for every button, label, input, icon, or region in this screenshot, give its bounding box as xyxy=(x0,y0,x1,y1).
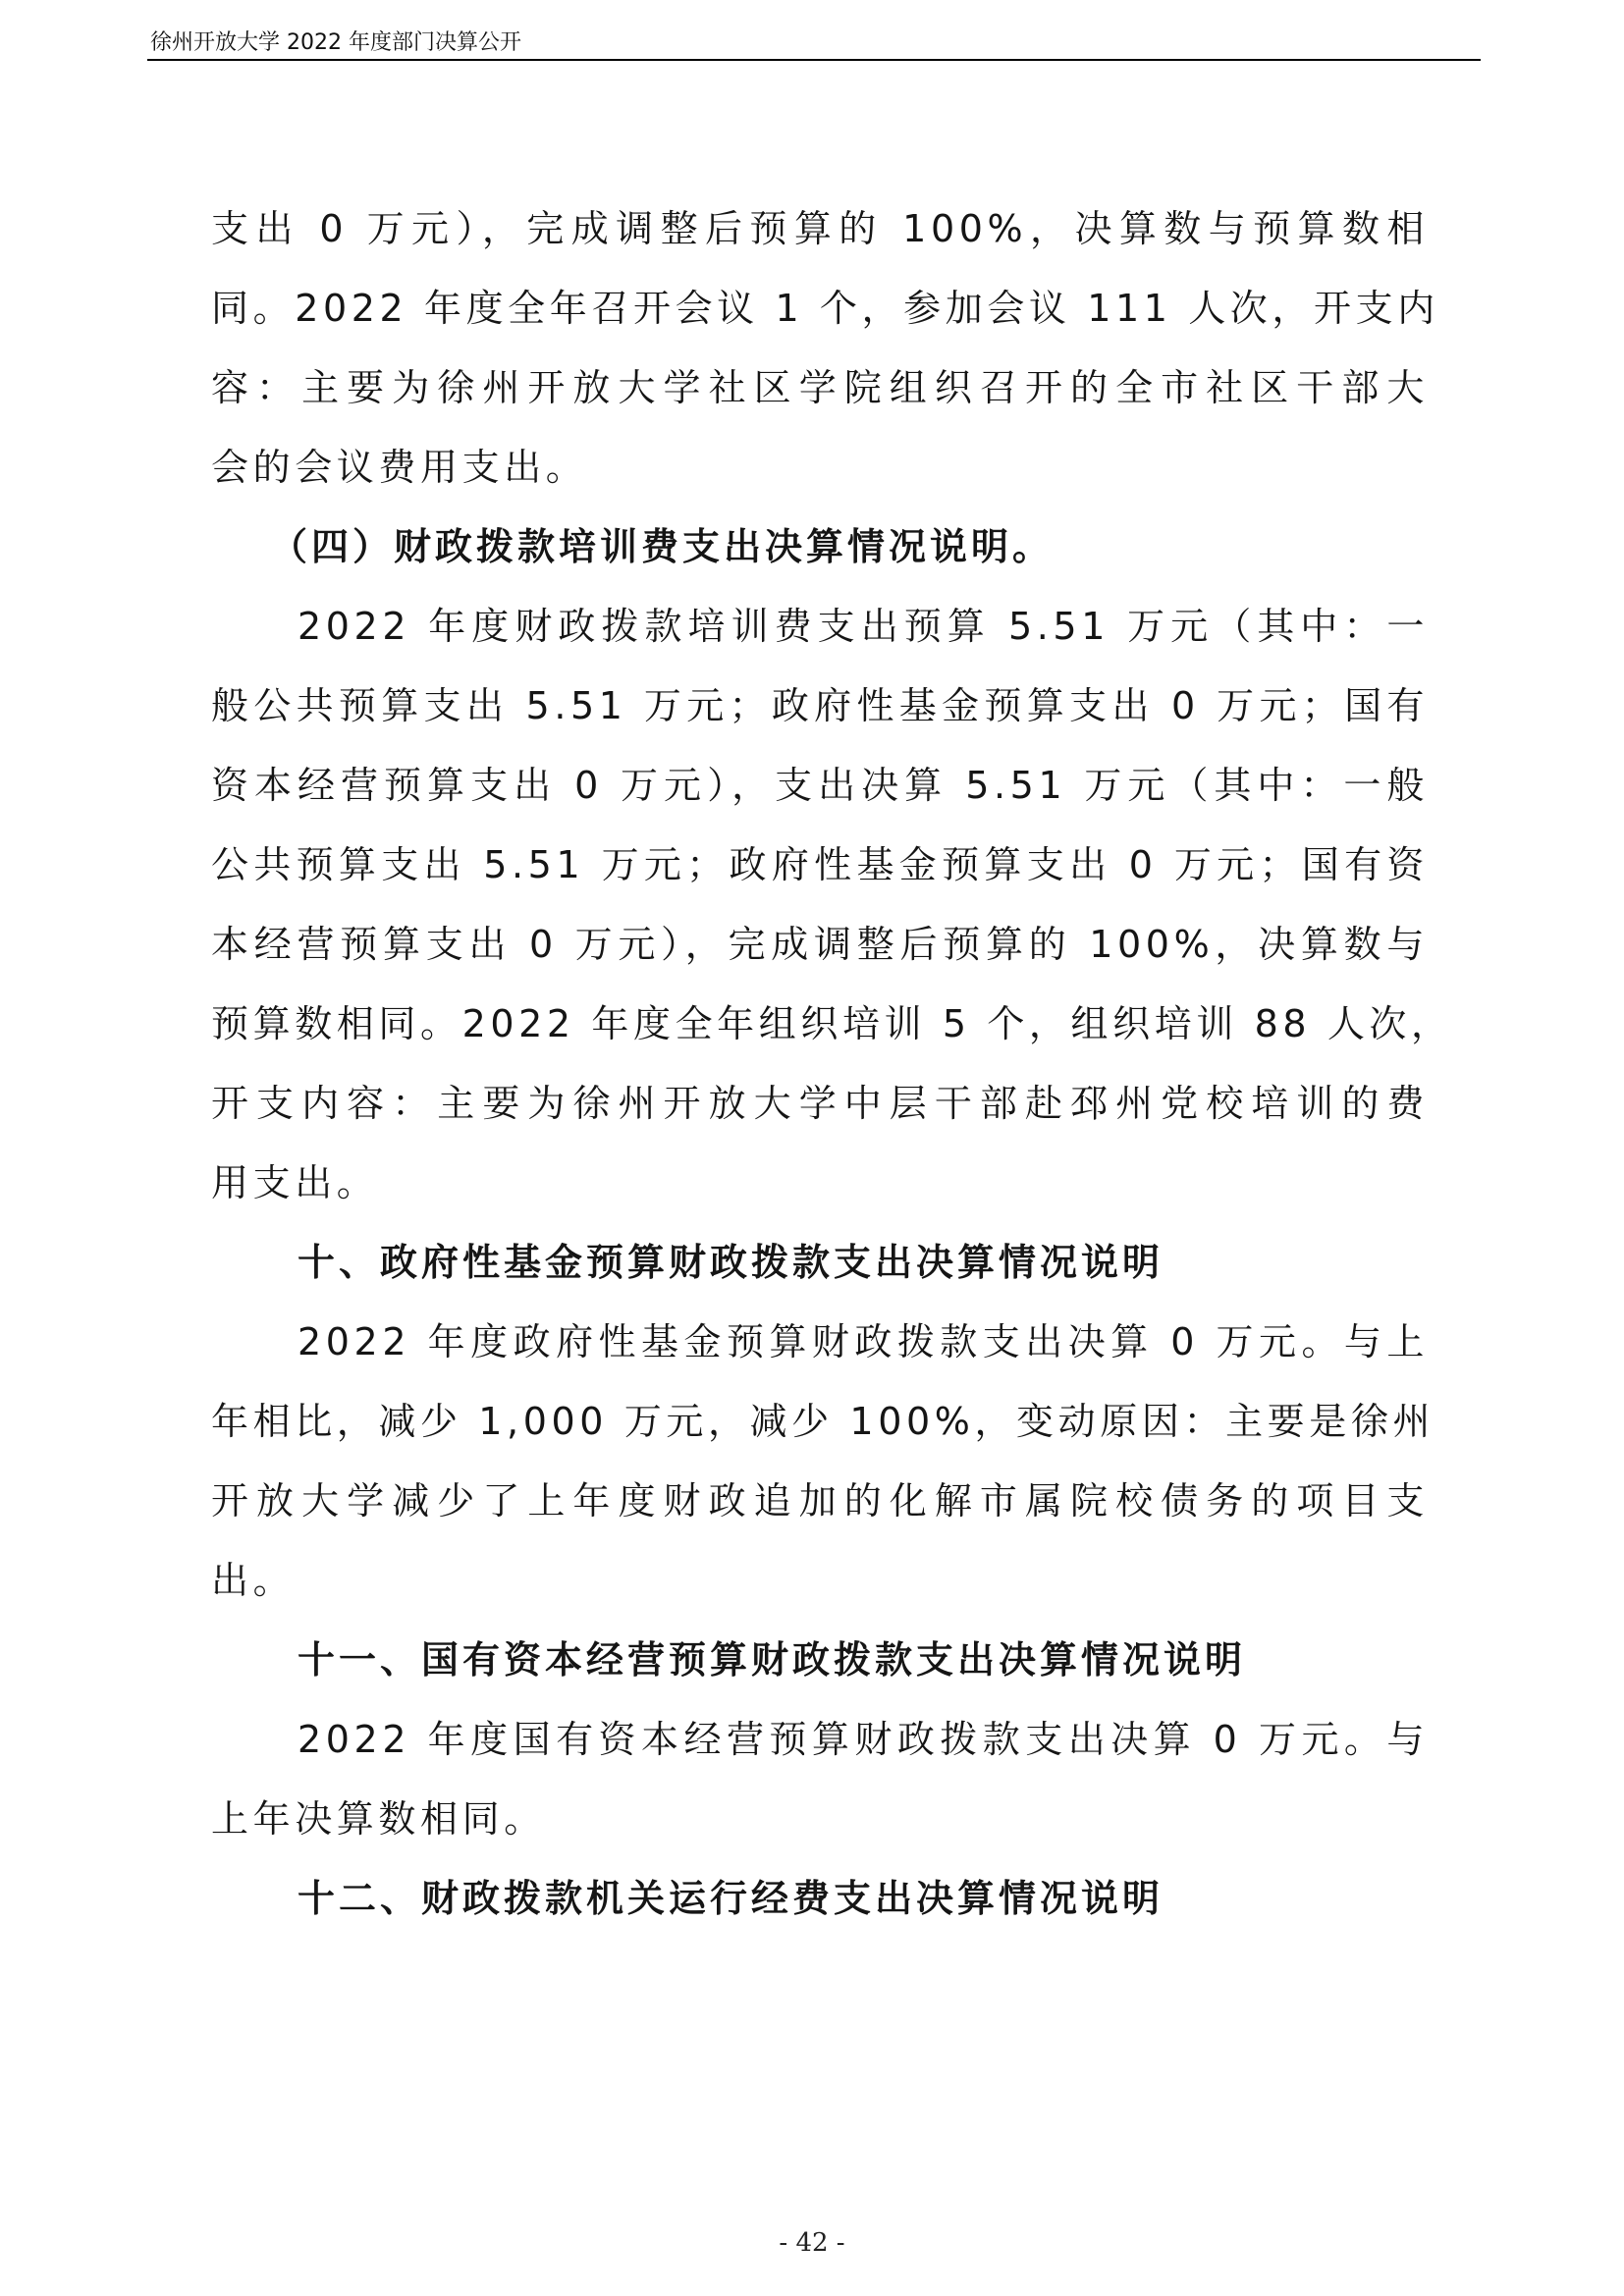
paragraph-line: 般公共预算支出 5.51 万元；政府性基金预算支出 0 万元；国有 xyxy=(211,676,1429,735)
paragraph-line: 用支出。 xyxy=(211,1153,1429,1212)
paragraph-line: 容：主要为徐州开放大学社区学院组织召开的全市社区干部大 xyxy=(211,358,1429,417)
paragraph-line: 上年决算数相同。 xyxy=(211,1789,1429,1848)
page-header: 徐州开放大学 2022 年度部门决算公开 xyxy=(147,22,1481,61)
paragraph-line: 开支内容：主要为徐州开放大学中层干部赴邳州党校培训的费 xyxy=(211,1074,1429,1133)
paragraph-line: 预算数相同。2022 年度全年组织培训 5 个，组织培训 88 人次， xyxy=(211,994,1429,1053)
section-heading-10: 十、政府性基金预算财政拨款支出决算情况说明 xyxy=(298,1233,1429,1292)
section-heading-12: 十二、财政拨款机关运行经费支出决算情况说明 xyxy=(298,1869,1429,1928)
header-title: 徐州开放大学 2022 年度部门决算公开 xyxy=(150,26,521,56)
paragraph-line: 本经营预算支出 0 万元），完成调整后预算的 100%，决算数与 xyxy=(211,915,1429,974)
page-number: - 42 - xyxy=(0,2228,1624,2258)
section-heading-11: 十一、国有资本经营预算财政拨款支出决算情况说明 xyxy=(298,1630,1429,1689)
paragraph-line: 出。 xyxy=(211,1551,1429,1610)
paragraph-line: 同。2022 年度全年召开会议 1 个，参加会议 111 人次，开支内 xyxy=(211,279,1429,338)
paragraph-line: 年相比，减少 1,000 万元，减少 100%，变动原因：主要是徐州 xyxy=(211,1392,1429,1451)
paragraph-line: 2022 年度政府性基金预算财政拨款支出决算 0 万元。与上 xyxy=(298,1312,1429,1371)
paragraph-line: 2022 年度财政拨款培训费支出预算 5.51 万元（其中：一 xyxy=(298,597,1429,656)
paragraph-line: 公共预算支出 5.51 万元；政府性基金预算支出 0 万元；国有资 xyxy=(211,835,1429,894)
paragraph-line: 资本经营预算支出 0 万元），支出决算 5.51 万元（其中：一般 xyxy=(211,756,1429,815)
paragraph-line: 开放大学减少了上年度财政追加的化解市属院校债务的项目支 xyxy=(211,1471,1429,1530)
paragraph-line: 会的会议费用支出。 xyxy=(211,438,1429,497)
paragraph-line: 支出 0 万元），完成调整后预算的 100%，决算数与预算数相 xyxy=(211,199,1429,258)
section-heading-training: （四）财政拨款培训费支出决算情况说明。 xyxy=(270,517,1401,576)
paragraph-line: 2022 年度国有资本经营预算财政拨款支出决算 0 万元。与 xyxy=(298,1710,1429,1769)
